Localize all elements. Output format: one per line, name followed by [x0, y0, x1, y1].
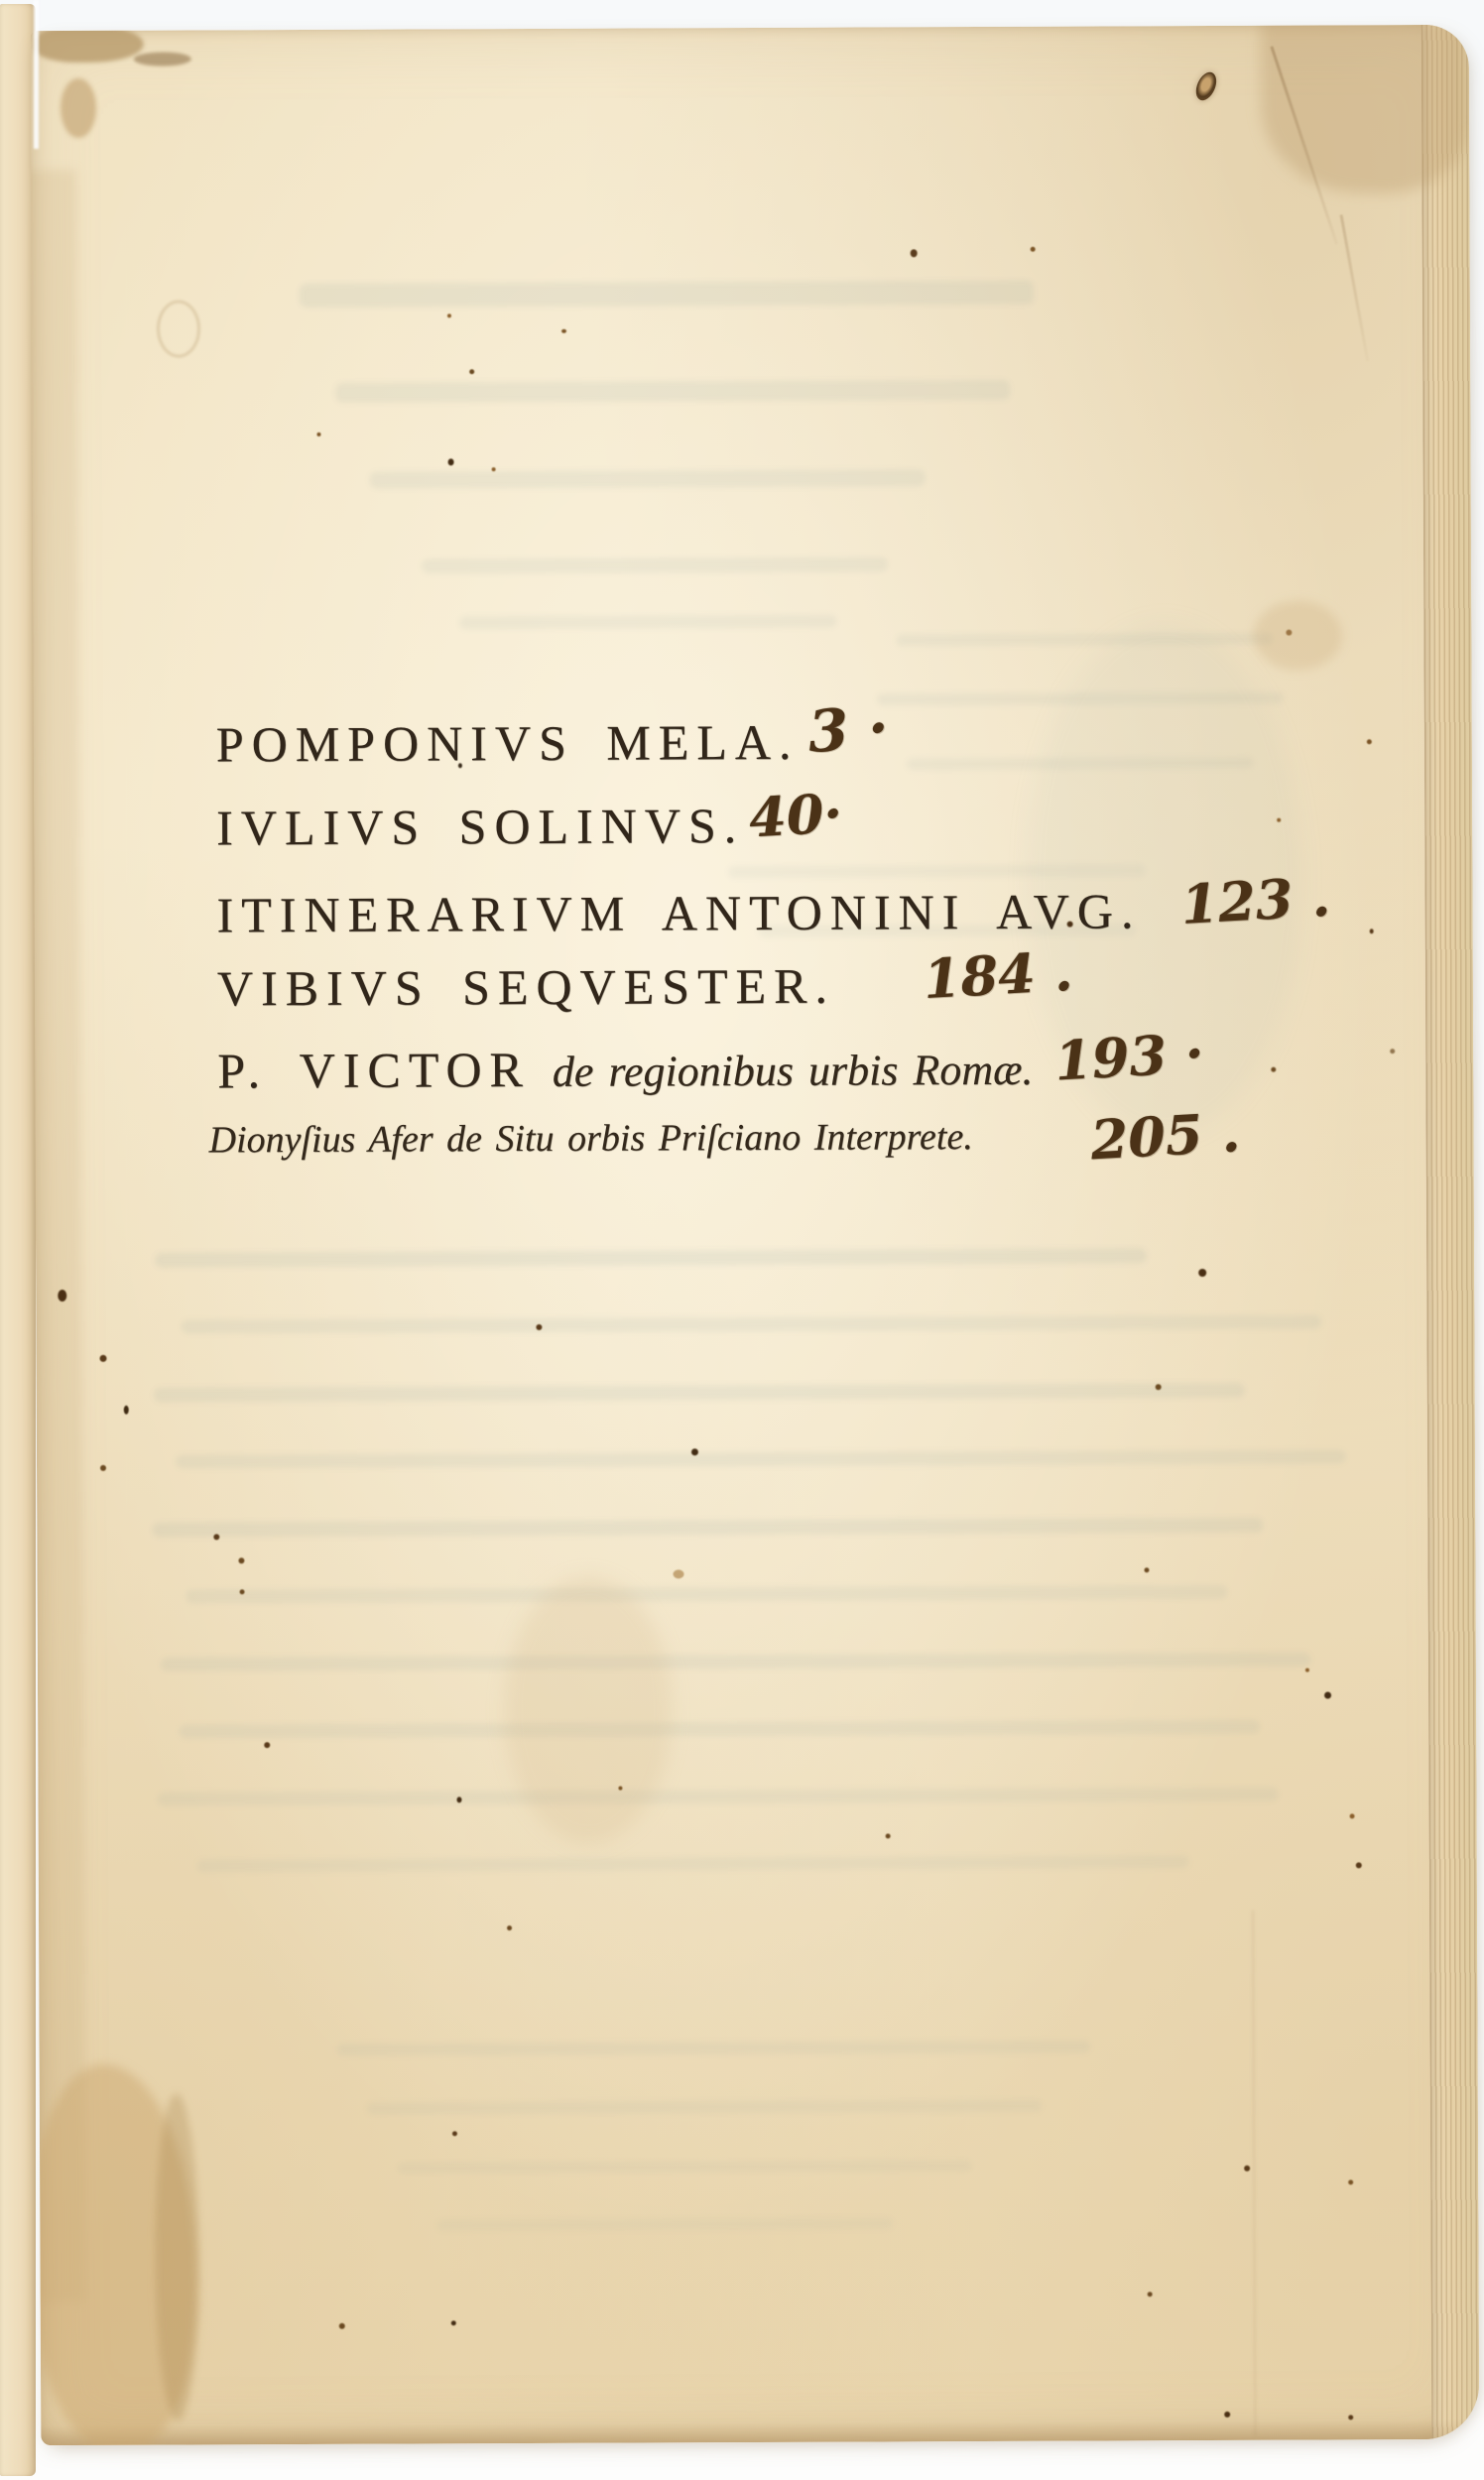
- ghost-line: [335, 380, 1010, 403]
- stain: [31, 170, 86, 2302]
- entry-title: ITINERARIVM ANTONINI AVG.: [216, 883, 1141, 942]
- ghost-line: [176, 1449, 1346, 1468]
- ghost-line: [397, 2160, 972, 2174]
- foxing-spot: [456, 1797, 461, 1802]
- foxing-spot: [1156, 1384, 1162, 1390]
- foxing-spot: [339, 2323, 345, 2329]
- toc-entry: IVLIVS SOLINVS. 40·: [216, 798, 1446, 866]
- background-gap-sliver: [34, 0, 39, 149]
- foxing-spot: [447, 313, 451, 317]
- foxing-spot: [1324, 1691, 1331, 1698]
- book-fore-edge: [1422, 25, 1480, 2439]
- entry-title: POMPONIVS MELA.: [216, 714, 800, 773]
- book-page: POMPONIVS MELA. 3 · IVLIVS SOLINVS. 40· …: [31, 25, 1480, 2445]
- fold-line: [1252, 1911, 1256, 2436]
- stain: [134, 52, 191, 65]
- foxing-spot: [451, 2320, 456, 2325]
- foxing-spot: [1350, 1813, 1355, 1818]
- foxing-spot: [1305, 1669, 1309, 1673]
- ghost-line: [436, 2217, 893, 2231]
- entry-title: VIBIVS SEQVESTER.: [217, 958, 835, 1017]
- toc-entry: POMPONIVS MELA. 3 ·: [216, 714, 1446, 783]
- entry-title: P. VICTOR: [217, 1042, 531, 1098]
- toc-entry: P. VICTORde regionibus urbis Romæ. 193 ·: [217, 1041, 1447, 1109]
- stain: [503, 1575, 673, 1844]
- foxing-spot: [124, 1406, 129, 1415]
- ghost-line: [152, 1518, 1263, 1538]
- ghost-line: [161, 1653, 1311, 1672]
- wormhole: [1192, 69, 1221, 104]
- entry-title-italic: Dionyſius Afer de Situ orbis Priſciano I…: [208, 1116, 972, 1161]
- foxing-spot: [469, 369, 474, 374]
- foxing-spot: [100, 1355, 107, 1362]
- foxing-spot: [316, 433, 320, 436]
- entry-subtitle-italic: de regionibus urbis Romæ.: [553, 1046, 1034, 1096]
- foxing-spot: [1198, 1269, 1206, 1277]
- foxing-spot: [1244, 2166, 1250, 2171]
- ghost-line: [155, 1248, 1147, 1267]
- stain: [61, 78, 96, 138]
- foxing-spot: [1224, 2412, 1230, 2418]
- foxing-spot: [452, 2131, 457, 2136]
- ghost-line: [181, 1315, 1321, 1334]
- ghost-line: [157, 1788, 1278, 1806]
- foxing-spots: [31, 25, 1469, 31]
- paper-damage: [31, 25, 1469, 31]
- foxing-spot: [1031, 247, 1036, 252]
- ghost-line: [197, 1855, 1189, 1872]
- blind-impression-ring: [157, 300, 200, 357]
- handwritten-page-number: 123 .: [1179, 870, 1331, 931]
- photograph-of-antique-book-page: POMPONIVS MELA. 3 · IVLIVS SOLINVS. 40· …: [0, 0, 1484, 2480]
- foxing-spot: [213, 1534, 219, 1540]
- handwritten-page-number: 184 .: [922, 944, 1073, 1006]
- table-of-contents: POMPONIVS MELA. 3 · IVLIVS SOLINVS. 40· …: [216, 714, 1446, 719]
- toc-entry: ITINERARIVM ANTONINI AVG. 123 .: [216, 885, 1446, 953]
- foxing-spot: [1348, 2415, 1353, 2419]
- foxing-spot: [691, 1448, 698, 1455]
- ghost-line: [459, 615, 836, 630]
- foxing-spot: [238, 1557, 244, 1563]
- foxing-spot: [264, 1742, 270, 1748]
- entry-title: IVLIVS SOLINVS.: [216, 798, 744, 855]
- foxing-spot: [240, 1589, 245, 1594]
- handwritten-page-number: 205 .: [1089, 1105, 1241, 1167]
- ghost-line: [422, 557, 888, 573]
- handwritten-page-number: 3 ·: [806, 698, 890, 760]
- foxing-spot: [561, 329, 566, 333]
- ghost-line: [337, 2041, 1091, 2056]
- ghost-line: [179, 1720, 1260, 1739]
- foxing-spot: [536, 1324, 542, 1330]
- stain: [1253, 600, 1342, 670]
- showthrough-text: [31, 25, 1469, 31]
- foxing-spot: [1148, 2292, 1153, 2296]
- foxing-spot: [100, 1465, 106, 1471]
- foxing-spot: [911, 249, 918, 257]
- ghost-line: [300, 281, 1034, 308]
- ghost-line: [154, 1383, 1245, 1403]
- stain: [35, 25, 144, 62]
- toc-entry: VIBIVS SEQVESTER. 184 .: [217, 958, 1447, 1027]
- foxing-spot: [492, 467, 496, 471]
- page-bottom-edge-shading: [41, 2419, 1479, 2445]
- underlying-leaf-edge: [0, 4, 36, 2476]
- foxing-spot: [1356, 1862, 1362, 1868]
- handwritten-page-number: 193 ·: [1053, 1026, 1205, 1087]
- ghost-line: [370, 469, 926, 488]
- ghost-line: [186, 1585, 1228, 1604]
- stain: [155, 2093, 199, 2420]
- foxing-spot: [673, 1569, 683, 1578]
- handwritten-page-number: 40·: [748, 786, 844, 844]
- toc-entry: Dionyſius Afer de Situ orbis Priſciano I…: [208, 1116, 1438, 1184]
- foxing-spot: [58, 1290, 66, 1302]
- foxing-spot: [448, 458, 454, 465]
- ghost-line: [367, 2100, 1042, 2115]
- foxing-spot: [1348, 2179, 1353, 2184]
- foxing-spot: [886, 1833, 891, 1838]
- foxing-spot: [1144, 1567, 1149, 1572]
- foxing-spot: [618, 1787, 622, 1791]
- crease-line: [1340, 214, 1370, 361]
- foxing-spot: [507, 1925, 512, 1930]
- foxing-spot: [1286, 630, 1292, 636]
